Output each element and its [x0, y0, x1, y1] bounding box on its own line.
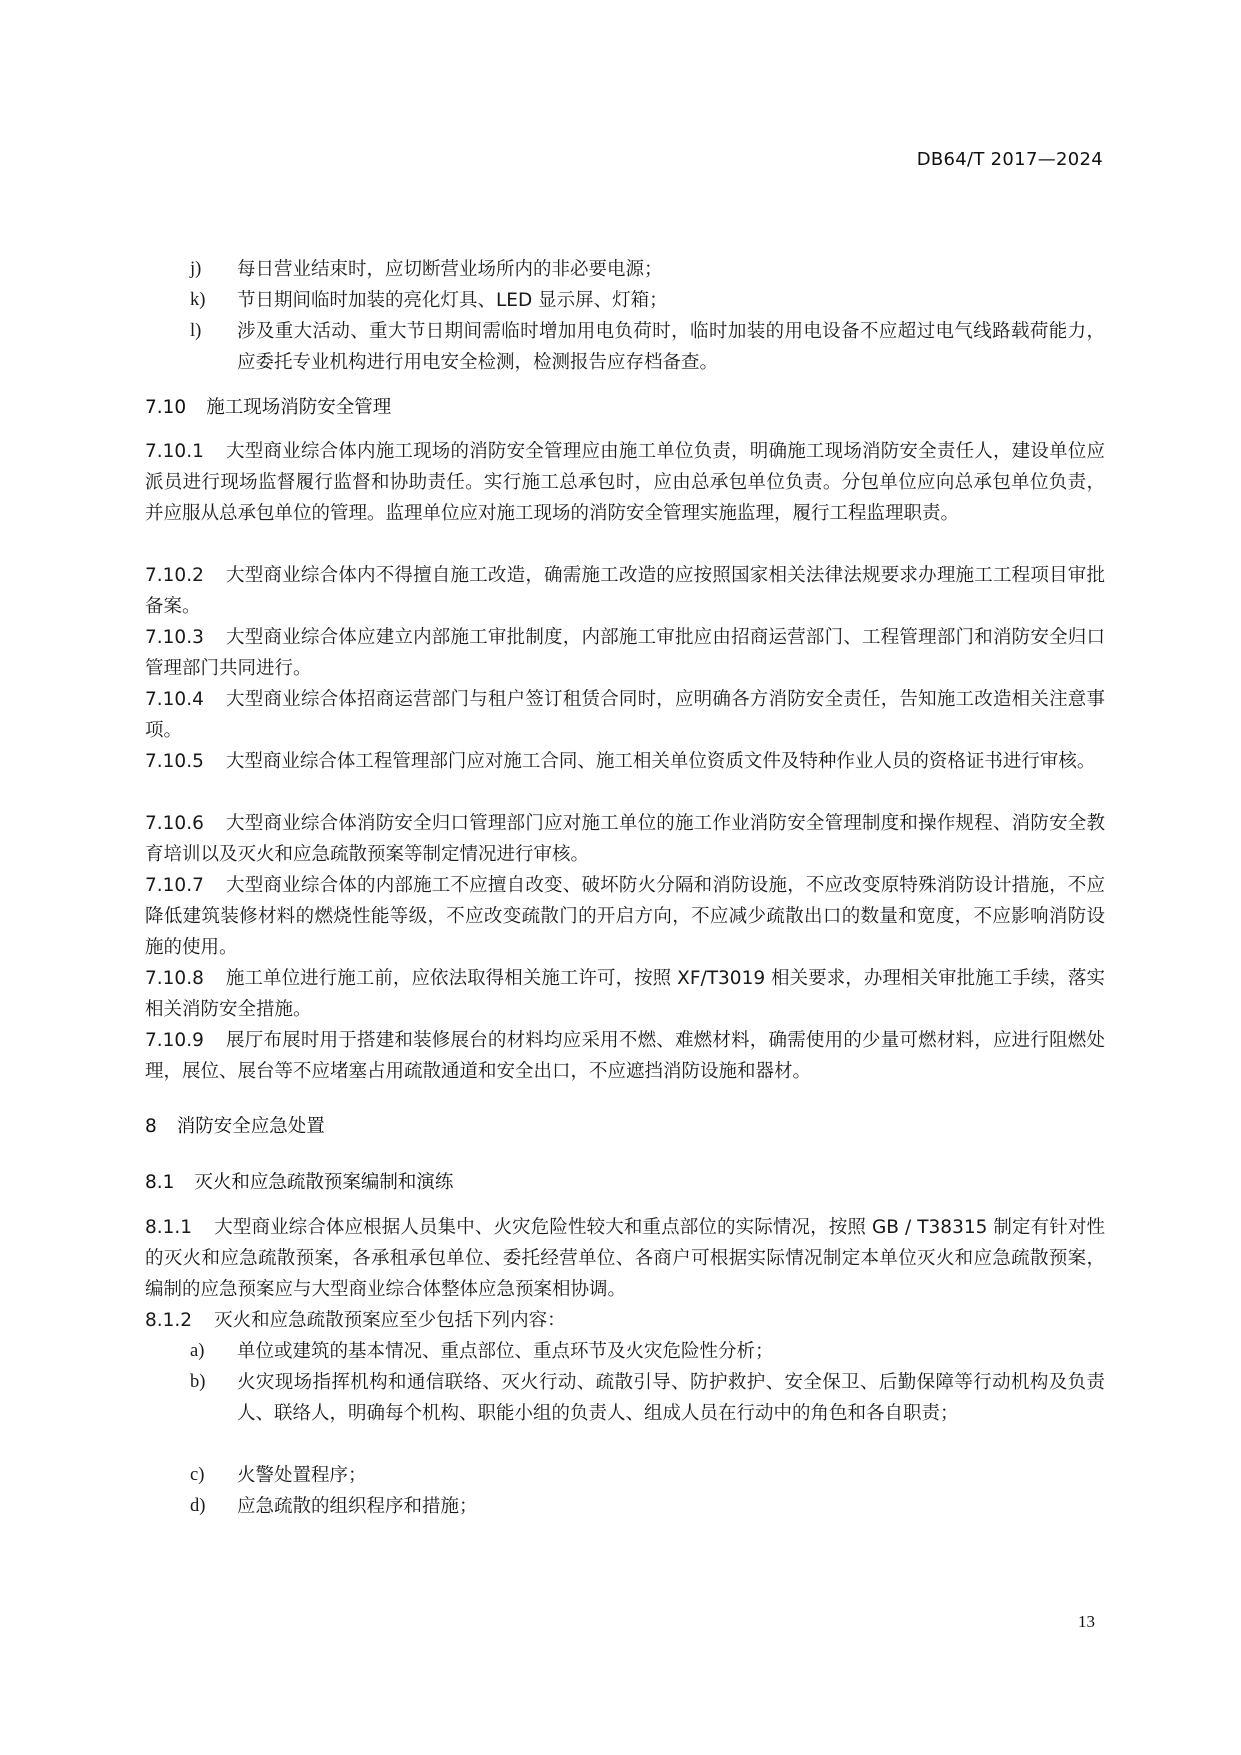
clause-number: 7.10.6 — [145, 808, 204, 839]
clause-number: 7.10.8 — [145, 963, 204, 994]
clause-7-10-4: 7.10.4大型商业综合体招商运营部门与租户签订租赁合同时，应明确各方消防安全责… — [145, 684, 1105, 746]
clause-number: 7.10.4 — [145, 684, 204, 715]
clause-text: 大型商业综合体消防安全归口管理部门应对施工单位的施工作业消防安全管理制度和操作规… — [145, 813, 1105, 865]
clause-7-10-9: 7.10.9展厅布展时用于搭建和装修展台的材料均应采用不燃、难燃材料，确需使用的… — [145, 1025, 1105, 1087]
clause-number: 8.1.1 — [145, 1212, 192, 1243]
clause-text: 大型商业综合体的内部施工不应擅自改变、破坏防火分隔和消防设施，不应改变原特殊消防… — [145, 875, 1105, 958]
list-text: 单位或建筑的基本情况、重点部位、重点环节及火灾危险性分析； — [237, 1336, 1105, 1367]
clause-number: 7.10.5 — [145, 746, 204, 777]
clause-7-10-3: 7.10.3大型商业综合体应建立内部施工审批制度，内部施工审批应由招商运营部门、… — [145, 622, 1105, 684]
clause-text: 大型商业综合体招商运营部门与租户签订租赁合同时，应明确各方消防安全责任，告知施工… — [145, 689, 1105, 741]
list-text: 每日营业结束时，应切断营业场所内的非必要电源； — [237, 254, 1105, 285]
section-number: 7.10 — [145, 392, 186, 423]
list-item-j: j) 每日营业结束时，应切断营业场所内的非必要电源； — [190, 254, 1105, 285]
list-item-k: k) 节日期间临时加装的亮化灯具、LED 显示屏、灯箱； — [190, 285, 1105, 316]
list-marker: b) — [190, 1367, 230, 1398]
list-marker: l) — [190, 316, 230, 347]
list-text: 应急疏散的组织程序和措施； — [237, 1491, 1105, 1522]
clause-text: 施工单位进行施工前，应依法取得相关施工许可，按照 XF/T3019 相关要求，办… — [145, 968, 1105, 1020]
list-item-l: l) 涉及重大活动、重大节日期间需临时增加用电负荷时，临时加装的用电设备不应超过… — [190, 316, 1105, 378]
clause-7-10-2: 7.10.2大型商业综合体内不得擅自施工改造，确需施工改造的应按照国家相关法律法… — [145, 560, 1105, 622]
list-item-a: a) 单位或建筑的基本情况、重点部位、重点环节及火灾危险性分析； — [190, 1336, 1105, 1367]
clause-text: 展厅布展时用于搭建和装修展台的材料均应采用不燃、难燃材料，确需使用的少量可燃材料… — [145, 1030, 1105, 1082]
section-number: 8.1 — [145, 1167, 174, 1198]
standard-code-header: DB64/T 2017—2024 — [917, 149, 1103, 170]
clause-number: 7.10.1 — [145, 436, 204, 467]
clause-7-10-1: 7.10.1大型商业综合体内施工现场的消防安全管理应由施工单位负责，明确施工现场… — [145, 436, 1105, 529]
clause-text: 大型商业综合体应根据人员集中、火灾危险性较大和重点部位的实际情况，按照 GB /… — [145, 1217, 1105, 1300]
clause-8-1-1: 8.1.1大型商业综合体应根据人员集中、火灾危险性较大和重点部位的实际情况，按照… — [145, 1212, 1105, 1305]
clause-8-1-2: 8.1.2灭火和应急疏散预案应至少包括下列内容： — [145, 1305, 1105, 1336]
clause-7-10-6: 7.10.6大型商业综合体消防安全归口管理部门应对施工单位的施工作业消防安全管理… — [145, 808, 1105, 870]
clause-7-10-5: 7.10.5大型商业综合体工程管理部门应对施工合同、施工相关单位资质文件及特种作… — [145, 746, 1105, 777]
list-marker: c) — [190, 1460, 230, 1491]
clause-7-10-8: 7.10.8施工单位进行施工前，应依法取得相关施工许可，按照 XF/T3019 … — [145, 963, 1105, 1025]
list-text: 火警处置程序； — [237, 1460, 1105, 1491]
list-text: 火灾现场指挥机构和通信联络、灭火行动、疏散引导、防护救护、安全保卫、后勤保障等行… — [237, 1367, 1105, 1429]
list-marker: j) — [190, 254, 230, 285]
clause-number: 8.1.2 — [145, 1305, 192, 1336]
section-title: 灭火和应急疏散预案编制和演练 — [194, 1172, 453, 1193]
list-marker: d) — [190, 1491, 230, 1522]
section-title: 施工现场消防安全管理 — [206, 397, 391, 418]
clause-7-10-7: 7.10.7大型商业综合体的内部施工不应擅自改变、破坏防火分隔和消防设施，不应改… — [145, 870, 1105, 963]
clause-number: 7.10.3 — [145, 622, 204, 653]
chapter-number: 8 — [145, 1111, 157, 1142]
page-number: 13 — [1078, 1612, 1095, 1632]
list-marker: a) — [190, 1336, 230, 1367]
section-heading-8-1: 8.1灭火和应急疏散预案编制和演练 — [145, 1167, 453, 1198]
document-page: DB64/T 2017—2024 j) 每日营业结束时，应切断营业场所内的非必要… — [0, 0, 1241, 1755]
list-item-d: d) 应急疏散的组织程序和措施； — [190, 1491, 1105, 1522]
clause-number: 7.10.9 — [145, 1025, 204, 1056]
list-text: 节日期间临时加装的亮化灯具、LED 显示屏、灯箱； — [237, 285, 1105, 316]
clause-number: 7.10.2 — [145, 560, 204, 591]
clause-text: 大型商业综合体内不得擅自施工改造，确需施工改造的应按照国家相关法律法规要求办理施… — [145, 565, 1105, 617]
clause-text: 大型商业综合体内施工现场的消防安全管理应由施工单位负责，明确施工现场消防安全责任… — [145, 441, 1105, 524]
section-heading-7-10: 7.10施工现场消防安全管理 — [145, 392, 391, 423]
list-marker: k) — [190, 285, 230, 316]
list-item-c: c) 火警处置程序； — [190, 1460, 1105, 1491]
clause-text: 灭火和应急疏散预案应至少包括下列内容： — [214, 1310, 566, 1331]
clause-text: 大型商业综合体工程管理部门应对施工合同、施工相关单位资质文件及特种作业人员的资格… — [226, 751, 1096, 772]
chapter-heading-8: 8消防安全应急处置 — [145, 1111, 325, 1142]
clause-number: 7.10.7 — [145, 870, 204, 901]
chapter-title: 消防安全应急处置 — [177, 1116, 325, 1137]
clause-text: 大型商业综合体应建立内部施工审批制度，内部施工审批应由招商运营部门、工程管理部门… — [145, 627, 1105, 679]
list-text: 涉及重大活动、重大节日期间需临时增加用电负荷时，临时加装的用电设备不应超过电气线… — [237, 316, 1105, 378]
list-item-b: b) 火灾现场指挥机构和通信联络、灭火行动、疏散引导、防护救护、安全保卫、后勤保… — [190, 1367, 1105, 1429]
